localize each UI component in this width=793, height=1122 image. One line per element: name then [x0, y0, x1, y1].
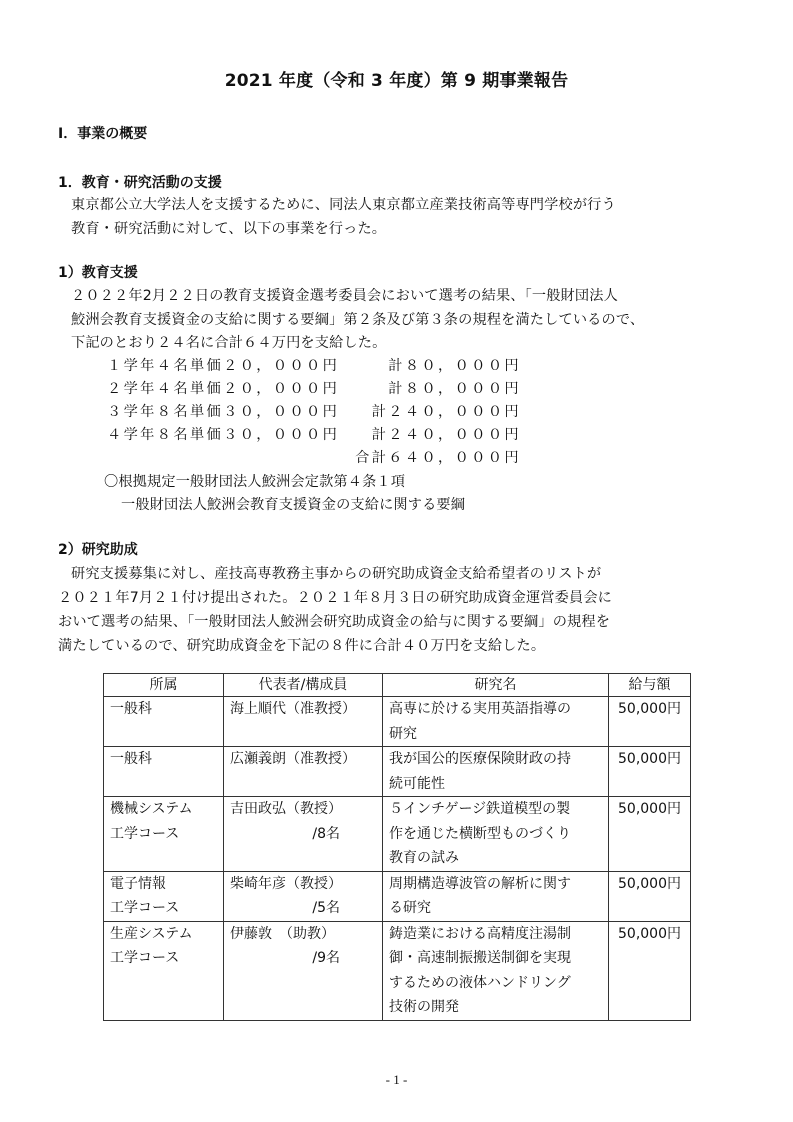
cell-dept: 生産システム 工学コース — [104, 921, 224, 1020]
cell-amount: 50,000円 — [609, 871, 691, 921]
calc-row-left: １学年４名単価２０，０００円 — [107, 355, 339, 375]
paragraph-line: 教育・研究活動に対して、以下の事業を行った。 — [71, 218, 386, 238]
cell-dept: 一般科 — [104, 747, 224, 797]
table-row: 電子情報 工学コース 柴崎年彦（教授） /5名 周期構造導波管の解析に関す る研… — [104, 871, 691, 921]
paragraph-line: 満たしているので、研究助成資金を下記の８件に合計４０万円を支給した。 — [58, 635, 545, 655]
table-row: 一般科 広瀬義朗（准教授） 我が国公的医療保険財政の持 続可能性 50,000円 — [104, 747, 691, 797]
column-header-research-title: 研究名 — [383, 674, 609, 697]
column-header-amount: 給与額 — [609, 674, 691, 697]
cell-dept: 電子情報 工学コース — [104, 871, 224, 921]
cell-research-title: 高専に於ける実用英語指導の 研究 — [383, 697, 609, 747]
cell-representative: 柴崎年彦（教授） /5名 — [224, 871, 383, 921]
subsection-heading-education-research: 1．教育・研究活動の支援 — [58, 172, 222, 192]
page-number: - 1 - — [0, 1072, 793, 1088]
cell-amount: 50,000円 — [609, 697, 691, 747]
cell-amount: 50,000円 — [609, 797, 691, 872]
paragraph-line: 下記のとおり２４名に合計６４万円を支給した。 — [71, 332, 386, 352]
paragraph-line: 研究支援募集に対し、産技高専教務主事からの研究助成資金支給希望者のリストが — [71, 563, 601, 583]
section-heading-overview: Ⅰ．事業の概要 — [58, 123, 147, 143]
calc-row-right: 計２４０，０００円 — [372, 424, 521, 444]
member-count: /5名 — [230, 896, 376, 921]
paragraph-line: ２０２２年2月２２日の教育支援資金選考委員会において選考の結果、「一般財団法人 — [71, 285, 618, 305]
table-row: 機械システム 工学コース 吉田政弘（教授） /8名 ５インチゲージ鉄道模型の製 … — [104, 797, 691, 872]
paragraph-line: 東京都公立大学法人を支援するために、同法人東京都立産業技術高等専門学校が行う — [71, 194, 616, 214]
research-grant-table: 所属 代表者/構成員 研究名 給与額 一般科 海上順代（准教授） 高専に於ける実… — [103, 673, 691, 1021]
cell-representative: 伊藤敦 （助教） /9名 — [224, 921, 383, 1020]
subsection-heading-research-grant: 2）研究助成 — [58, 539, 138, 559]
document-title: 2021 年度（令和 3 年度）第 9 期事業報告 — [0, 66, 793, 91]
calc-row-left: ２学年４名単価２０，０００円 — [107, 378, 339, 398]
cell-representative: 海上順代（准教授） — [224, 697, 383, 747]
cell-research-title: 我が国公的医療保険財政の持 続可能性 — [383, 747, 609, 797]
calc-row-right: 計８０，０００円 — [388, 355, 521, 375]
column-header-representative: 代表者/構成員 — [224, 674, 383, 697]
calc-row-right: 計２４０，０００円 — [372, 401, 521, 421]
calc-row-left: ４学年８名単価３０，０００円 — [107, 424, 339, 444]
calc-row-left: ３学年８名単価３０，０００円 — [107, 401, 339, 421]
member-count: /9名 — [230, 946, 376, 971]
cell-amount: 50,000円 — [609, 921, 691, 1020]
table-header-row: 所属 代表者/構成員 研究名 給与額 — [104, 674, 691, 697]
cell-research-title: ５インチゲージ鉄道模型の製 作を通じた横断型ものづくり 教育の試み — [383, 797, 609, 872]
calc-row-right: 計８０，０００円 — [388, 378, 521, 398]
paragraph-line: おいて選考の結果、「一般財団法人鮫洲会研究助成資金の給与に関する要綱」の規程を — [58, 611, 610, 631]
basis-line: 一般財団法人鮫洲会教育支援資金の支給に関する要綱 — [121, 494, 465, 514]
cell-amount: 50,000円 — [609, 747, 691, 797]
cell-representative: 吉田政弘（教授） /8名 — [224, 797, 383, 872]
paragraph-line: ２０２１年7月２１付け提出された。２０２１年８月３日の研究助成資金運営委員会に — [58, 587, 612, 607]
cell-research-title: 周期構造導波管の解析に関す る研究 — [383, 871, 609, 921]
basis-line: 〇根拠規定一般財団法人鮫洲会定款第４条１項 — [104, 471, 405, 491]
paragraph-line: 鮫洲会教育支援資金の支給に関する要綱」第２条及び第３条の規程を満たしているので、 — [71, 309, 644, 329]
member-count: /8名 — [230, 822, 376, 847]
table-row: 一般科 海上順代（准教授） 高専に於ける実用英語指導の 研究 50,000円 — [104, 697, 691, 747]
table-row: 生産システム 工学コース 伊藤敦 （助教） /9名 鋳造業における高精度注湯制 … — [104, 921, 691, 1020]
column-header-dept: 所属 — [104, 674, 224, 697]
subsection-heading-education-support: 1）教育支援 — [58, 262, 138, 282]
cell-representative: 広瀬義朗（准教授） — [224, 747, 383, 797]
calc-total: 合計６４０，０００円 — [355, 447, 521, 467]
cell-research-title: 鋳造業における高精度注湯制 御・高速制振搬送制御を実現 するための液体ハンドリン… — [383, 921, 609, 1020]
cell-dept: 機械システム 工学コース — [104, 797, 224, 872]
cell-dept: 一般科 — [104, 697, 224, 747]
